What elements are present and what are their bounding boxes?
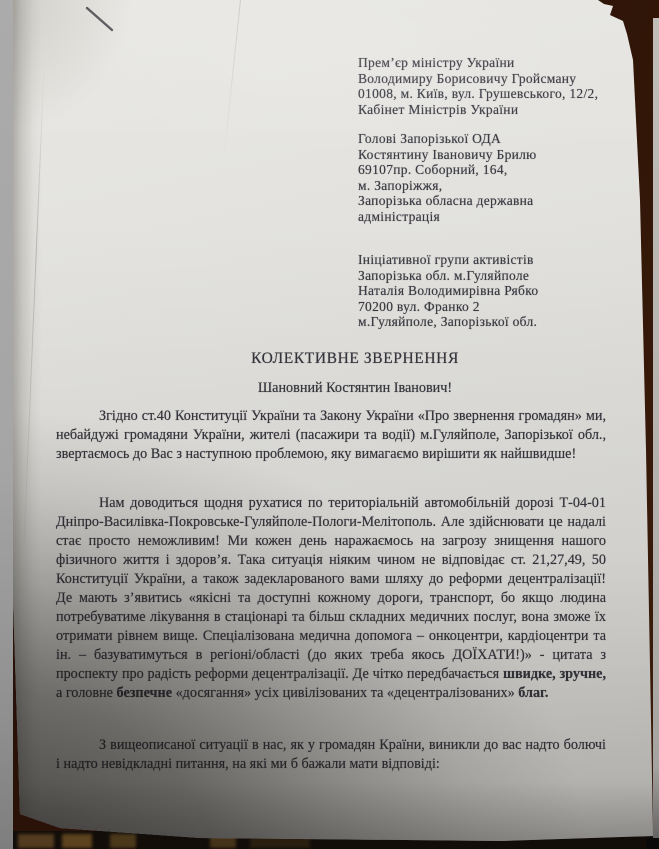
photo-left-border	[0, 0, 13, 849]
address-line: Ініціативної групи активістів	[358, 252, 538, 268]
address-line: м.Гуляйполе, Запорізької обл.	[358, 314, 538, 330]
address-line: Володимиру Борисовичу Гройсману	[358, 71, 598, 87]
page-crease	[223, 0, 241, 159]
text-run: Згідно ст.40 Конституції України та Зако…	[56, 408, 606, 462]
page-crease	[23, 55, 45, 545]
wood-glint	[18, 834, 54, 848]
address-line: 01008, м. Київ, вул. Грушевського, 12/2,	[358, 86, 598, 102]
bold-text-run: швидке, зручне,	[503, 666, 606, 682]
recipient-block-oda-head: Голові Запорізької ОДАКостянтину Іванови…	[358, 131, 537, 225]
paragraph-legal-basis: Згідно ст.40 Конституції України та Зако…	[56, 407, 606, 464]
address-line: Костянтину Івановичу Брилю	[358, 147, 537, 163]
bottom-right-dark-square	[646, 838, 659, 849]
address-line: Наталія Володимирівна Рябко	[358, 283, 538, 299]
document-photo: Прем’єр міністру УкраїниВолодимиру Борис…	[0, 0, 659, 849]
recipient-block-premier: Прем’єр міністру УкраїниВолодимиру Борис…	[358, 55, 598, 117]
address-line: м. Запоріжжя,	[358, 178, 537, 194]
address-line: Запорізька обласна державна	[358, 193, 537, 209]
wood-glint	[62, 834, 92, 848]
address-line: 69107пр. Соборний, 164,	[358, 162, 537, 178]
recipient-block-initiative-group: Ініціативної групи активістівЗапорізька …	[358, 252, 538, 330]
paragraph-road-problem: Нам доводиться щодня рухатися по територ…	[56, 494, 606, 703]
address-line: Голові Запорізької ОДА	[358, 131, 537, 147]
text-run: З вищеописаної ситуації в нас, як у гром…	[56, 737, 606, 772]
document-title: КОЛЕКТИВНЕ ЗВЕРНЕННЯ	[55, 350, 655, 368]
bold-text-run: безпечне	[117, 685, 173, 701]
address-line: 70200 вул. Франко 2	[358, 299, 538, 315]
wood-glint	[110, 834, 136, 848]
address-line: адміністрація	[358, 209, 537, 225]
salutation-line: Шановний Костянтин Іванович!	[55, 380, 655, 397]
photo-right-border	[653, 18, 659, 849]
text-run: «досягання» усіх цивілізованих та «децен…	[172, 685, 518, 701]
bold-text-run: благ.	[518, 685, 548, 701]
text-run: а головне	[56, 685, 117, 701]
document-page: Прем’єр міністру УкраїниВолодимиру Борис…	[0, 0, 659, 849]
address-line: Кабінет Міністрів України	[358, 102, 598, 118]
address-line: Прем’єр міністру України	[358, 55, 598, 71]
paragraph-questions-intro: З вищеописаної ситуації в нас, як у гром…	[56, 736, 606, 774]
text-run: Нам доводиться щодня рухатися по територ…	[56, 495, 606, 682]
pen-mark-icon	[80, 2, 122, 38]
address-line: Запорізька обл. м.Гуляйполе	[358, 268, 538, 284]
